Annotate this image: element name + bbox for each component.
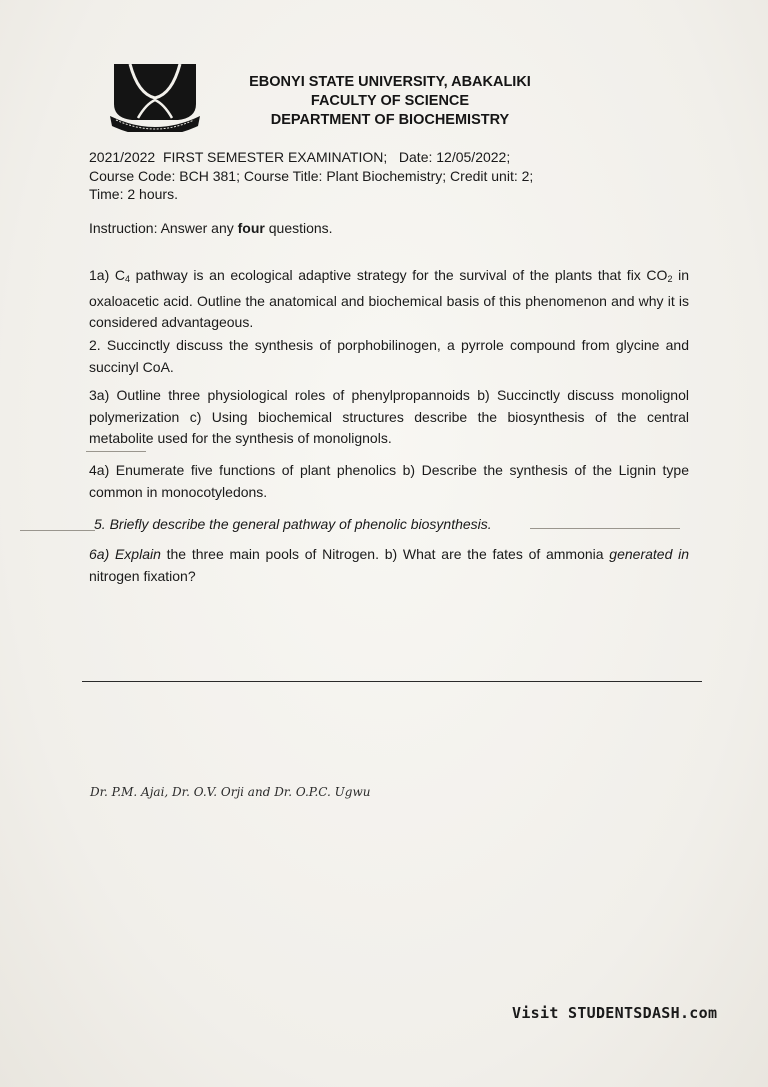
watermark-text: Visit STUDENTSDASH.com <box>512 1004 717 1022</box>
exam-session-date: 2021/2022 FIRST SEMESTER EXAMINATION; Da… <box>89 148 649 167</box>
exam-instruction: Instruction: Answer any four questions. <box>89 220 333 236</box>
pen-mark <box>20 530 95 531</box>
pen-mark <box>530 528 680 529</box>
signatories: Dr. P.M. Ajai, Dr. O.V. Orji and Dr. O.P… <box>90 785 370 799</box>
question-4: 4a) Enumerate five functions of plant ph… <box>89 460 689 503</box>
institution-header: EBONYI STATE UNIVERSITY, ABAKALIKI FACUL… <box>220 73 560 130</box>
exam-details: 2021/2022 FIRST SEMESTER EXAMINATION; Da… <box>89 148 649 204</box>
exam-duration: Time: 2 hours. <box>89 185 649 204</box>
exam-paper: EBONYI STATE UNIVERSITY, ABAKALIKI FACUL… <box>0 0 768 1087</box>
pen-mark <box>86 451 146 452</box>
department-name: DEPARTMENT OF BIOCHEMISTRY <box>220 111 560 130</box>
university-name: EBONYI STATE UNIVERSITY, ABAKALIKI <box>220 73 560 92</box>
question-3: 3a) Outline three physiological roles of… <box>89 385 689 450</box>
instruction-emphasis: four <box>238 220 265 236</box>
question-6: 6a) Explain the three main pools of Nitr… <box>89 544 689 587</box>
course-info: Course Code: BCH 381; Course Title: Plan… <box>89 167 649 186</box>
question-2: 2. Succinctly discuss the synthesis of p… <box>89 335 689 378</box>
university-crest-icon <box>108 60 202 132</box>
question-5: 5. Briefly describe the general pathway … <box>94 514 694 536</box>
question-1: 1a) C4 pathway is an ecological adaptive… <box>89 265 689 334</box>
faculty-name: FACULTY OF SCIENCE <box>220 92 560 111</box>
divider-line <box>82 681 702 682</box>
